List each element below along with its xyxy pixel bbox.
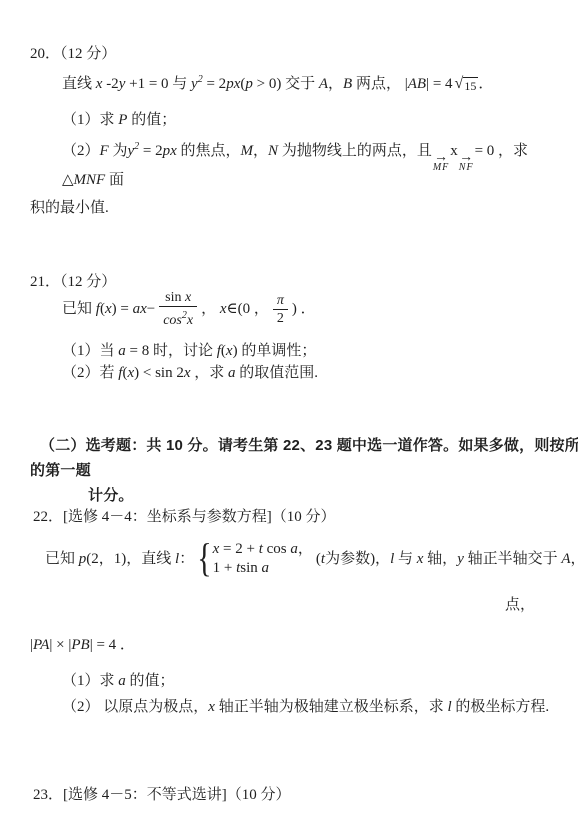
- text-segment: AB: [408, 76, 426, 92]
- text-segment: ) =: [112, 301, 133, 317]
- text-segment: a: [118, 343, 126, 359]
- vector-notation: →NF: [459, 154, 474, 173]
- text-segment: 2: [277, 311, 284, 326]
- text-segment: x: [208, 699, 215, 715]
- text-segment: ) 的单调性；: [233, 343, 317, 359]
- text-segment: sin: [165, 290, 185, 305]
- text-segment: MNF: [74, 172, 106, 188]
- text-segment: 的焦点，: [177, 143, 241, 159]
- text-segment: (2，1)，直线: [86, 551, 175, 567]
- text-segment: x: [220, 301, 227, 317]
- text-segment: x: [187, 313, 193, 328]
- text-segment: ：: [179, 551, 194, 567]
- text-segment: a: [262, 560, 270, 576]
- text-segment: 轴正半轴为极轴建立极坐标系，求: [215, 699, 448, 715]
- formula-run: 已知 p(2，1)，直线 l：: [45, 549, 194, 569]
- text-segment: ，: [328, 76, 343, 92]
- text-segment: PA: [33, 637, 49, 653]
- text-segment: 的极坐标方程.: [452, 699, 550, 715]
- text-segment: 与: [172, 76, 191, 92]
- section2-line2: 的第一题: [30, 461, 91, 481]
- text-segment: 轴正半轴交于: [464, 551, 562, 567]
- text-segment: x: [185, 290, 191, 305]
- text-segment: ．: [478, 76, 493, 92]
- system-rows: x = 2 + t cos a， 1 + tsin a: [213, 540, 313, 578]
- q21-part1: （1）当 a = 8 时，讨论 f(x) 的单调性；: [62, 341, 316, 361]
- q21-part2: （2）若 f(x) < sin 2x ，求 a 的取值范围.: [62, 363, 318, 383]
- text-segment: a: [228, 365, 236, 381]
- radical-sign-icon: √: [455, 75, 464, 93]
- fraction-numerator: π: [273, 292, 288, 309]
- text-segment: = 2: [203, 76, 226, 92]
- fraction-denominator: 2: [273, 309, 288, 327]
- text-segment: （2）若: [62, 365, 118, 381]
- text-segment: A: [561, 551, 570, 567]
- text-segment: | × |: [49, 637, 71, 653]
- text-segment: x: [184, 365, 191, 381]
- text-segment: （1）当: [62, 343, 118, 359]
- text-segment: px: [163, 143, 177, 159]
- formula-run: 已知 f(x) = ax−: [62, 299, 155, 319]
- text-segment: ，求: [191, 365, 229, 381]
- text-segment: = 8 时，讨论: [126, 343, 217, 359]
- text-segment: ∈(0 ，: [227, 301, 269, 317]
- text-segment: （2）: [62, 143, 100, 159]
- fraction-numerator: sin x: [161, 289, 195, 306]
- text-segment: ) ．: [292, 301, 316, 317]
- text-segment: = 0 ，求: [475, 143, 528, 159]
- q20-statement: 直线 x -2y +1 = 0 与 y2 = 2px(p > 0) 交于 A，B…: [62, 70, 493, 94]
- vector-label: NF: [459, 163, 474, 173]
- text-segment: N: [268, 143, 278, 159]
- text-segment: ，: [298, 541, 313, 557]
- parametric-equation-system: { x = 2 + t cos a， 1 + tsin a: [197, 540, 313, 578]
- text-segment: = 2: [139, 143, 162, 159]
- text-segment: x: [450, 143, 458, 159]
- text-segment: > 0): [253, 76, 285, 92]
- text-segment: A: [319, 76, 328, 92]
- q23-header: 23．[选修 4－5：不等式选讲]（10 分）: [33, 785, 291, 805]
- exam-page: 20．（12 分） 直线 x -2y +1 = 0 与 y2 = 2px(p >…: [0, 0, 578, 818]
- text-segment: sin: [240, 560, 261, 576]
- text-segment: x: [105, 301, 112, 317]
- text-segment: px: [226, 76, 240, 92]
- text-segment: ，: [201, 301, 220, 317]
- text-segment: y: [457, 551, 464, 567]
- text-segment: 轴，: [423, 551, 457, 567]
- q22-part1: （1）求 a 的值；: [62, 671, 175, 691]
- text-segment: -2: [102, 76, 118, 92]
- q20-header: 20．（12 分）: [30, 44, 116, 64]
- formula-run: ， x∈(0 ，: [201, 299, 269, 319]
- fraction-pi-over-2: π 2: [273, 292, 288, 327]
- text-segment: +1 = 0: [125, 76, 172, 92]
- formula-run: ) ．: [292, 299, 316, 319]
- formula-run: (t为参数)，l 与 x 轴，y 轴正半轴交于 A，B 两: [316, 549, 578, 569]
- text-segment: F: [100, 143, 109, 159]
- text-segment: 已知: [45, 551, 79, 567]
- text-segment: 直线: [62, 76, 96, 92]
- text-segment: （1）求: [62, 673, 118, 689]
- text-segment: 已知: [62, 301, 96, 317]
- text-segment: p: [245, 76, 253, 92]
- text-segment: | = 4: [426, 76, 452, 92]
- text-segment: 1 +: [213, 560, 236, 576]
- text-segment: cos: [263, 541, 291, 557]
- text-segment: 为参数)，: [325, 551, 390, 567]
- text-segment: ，: [253, 143, 268, 159]
- q20-min-line: 积的最小值.: [30, 198, 109, 218]
- fraction-sinx-over-cos2x: sin x cos2x: [159, 289, 197, 329]
- text-segment: 的值；: [126, 673, 175, 689]
- text-segment: = 2 +: [219, 541, 258, 557]
- text-segment: ) < sin 2: [134, 365, 184, 381]
- left-brace: {: [197, 539, 211, 580]
- text-segment: M: [241, 143, 254, 159]
- text-segment: 为: [109, 143, 128, 159]
- text-segment: cos: [163, 313, 182, 328]
- text-segment: 的取值范围.: [236, 365, 319, 381]
- text-segment: ，: [571, 551, 578, 567]
- q20-mnf-line: △MNF 面: [62, 170, 124, 190]
- text-segment: 为抛物线上的两点，且: [278, 143, 432, 159]
- text-segment: y: [191, 76, 198, 92]
- q22-dian-line: 点，: [505, 595, 535, 615]
- section2-line3: 计分。: [88, 486, 134, 506]
- text-segment: −: [147, 301, 155, 317]
- radicand: 15: [463, 77, 478, 94]
- text-segment: 交于: [285, 76, 319, 92]
- text-segment: ax: [133, 301, 147, 317]
- q22-header: 22．[选修 4－4：坐标系与参数方程]（10 分）: [33, 507, 336, 527]
- text-segment: 的值；: [127, 112, 176, 128]
- system-row-2: 1 + tsin a: [213, 559, 269, 578]
- text-segment: B: [343, 76, 352, 92]
- q20-part1: （1）求 P 的值；: [62, 110, 176, 130]
- text-segment: | = 4 ．: [90, 637, 135, 653]
- section2-line1: （二）选考题：共 10 分。请考生第 22、23 题中选一道作答。如果多做，则按…: [40, 436, 578, 456]
- q22-given: 已知 p(2，1)，直线 l： { x = 2 + t cos a， 1 + t…: [45, 538, 578, 580]
- text-segment: a: [118, 673, 126, 689]
- radical-notation: √15: [455, 75, 479, 94]
- text-segment: x: [226, 343, 233, 359]
- text-segment: 两点，: [352, 76, 405, 92]
- text-segment: 与: [394, 551, 417, 567]
- vector-label: MF: [433, 163, 449, 173]
- q22-pa-line: |PA| × |PB| = 4 ．: [30, 635, 135, 655]
- text-segment: a: [290, 541, 298, 557]
- text-segment: π: [277, 293, 284, 308]
- q22-part2: （2） 以原点为极点，x 轴正半轴为极轴建立极坐标系，求 l 的极坐标方程.: [62, 697, 549, 717]
- system-row-1: x = 2 + t cos a，: [213, 540, 313, 559]
- fraction-denominator: cos2x: [159, 306, 197, 329]
- text-segment: 面: [105, 172, 124, 188]
- q20-part2: （2）F 为y2 = 2px 的焦点，M，N 为抛物线上的两点，且→MFx→NF…: [62, 137, 528, 173]
- text-segment: △: [62, 172, 74, 188]
- text-segment: PB: [71, 637, 89, 653]
- text-segment: （1）求: [62, 112, 118, 128]
- vector-notation: →MF: [433, 154, 449, 173]
- text-segment: （2） 以原点为极点，: [62, 699, 208, 715]
- q21-given: 已知 f(x) = ax− sin x cos2x ， x∈(0 ， π 2 )…: [62, 289, 316, 329]
